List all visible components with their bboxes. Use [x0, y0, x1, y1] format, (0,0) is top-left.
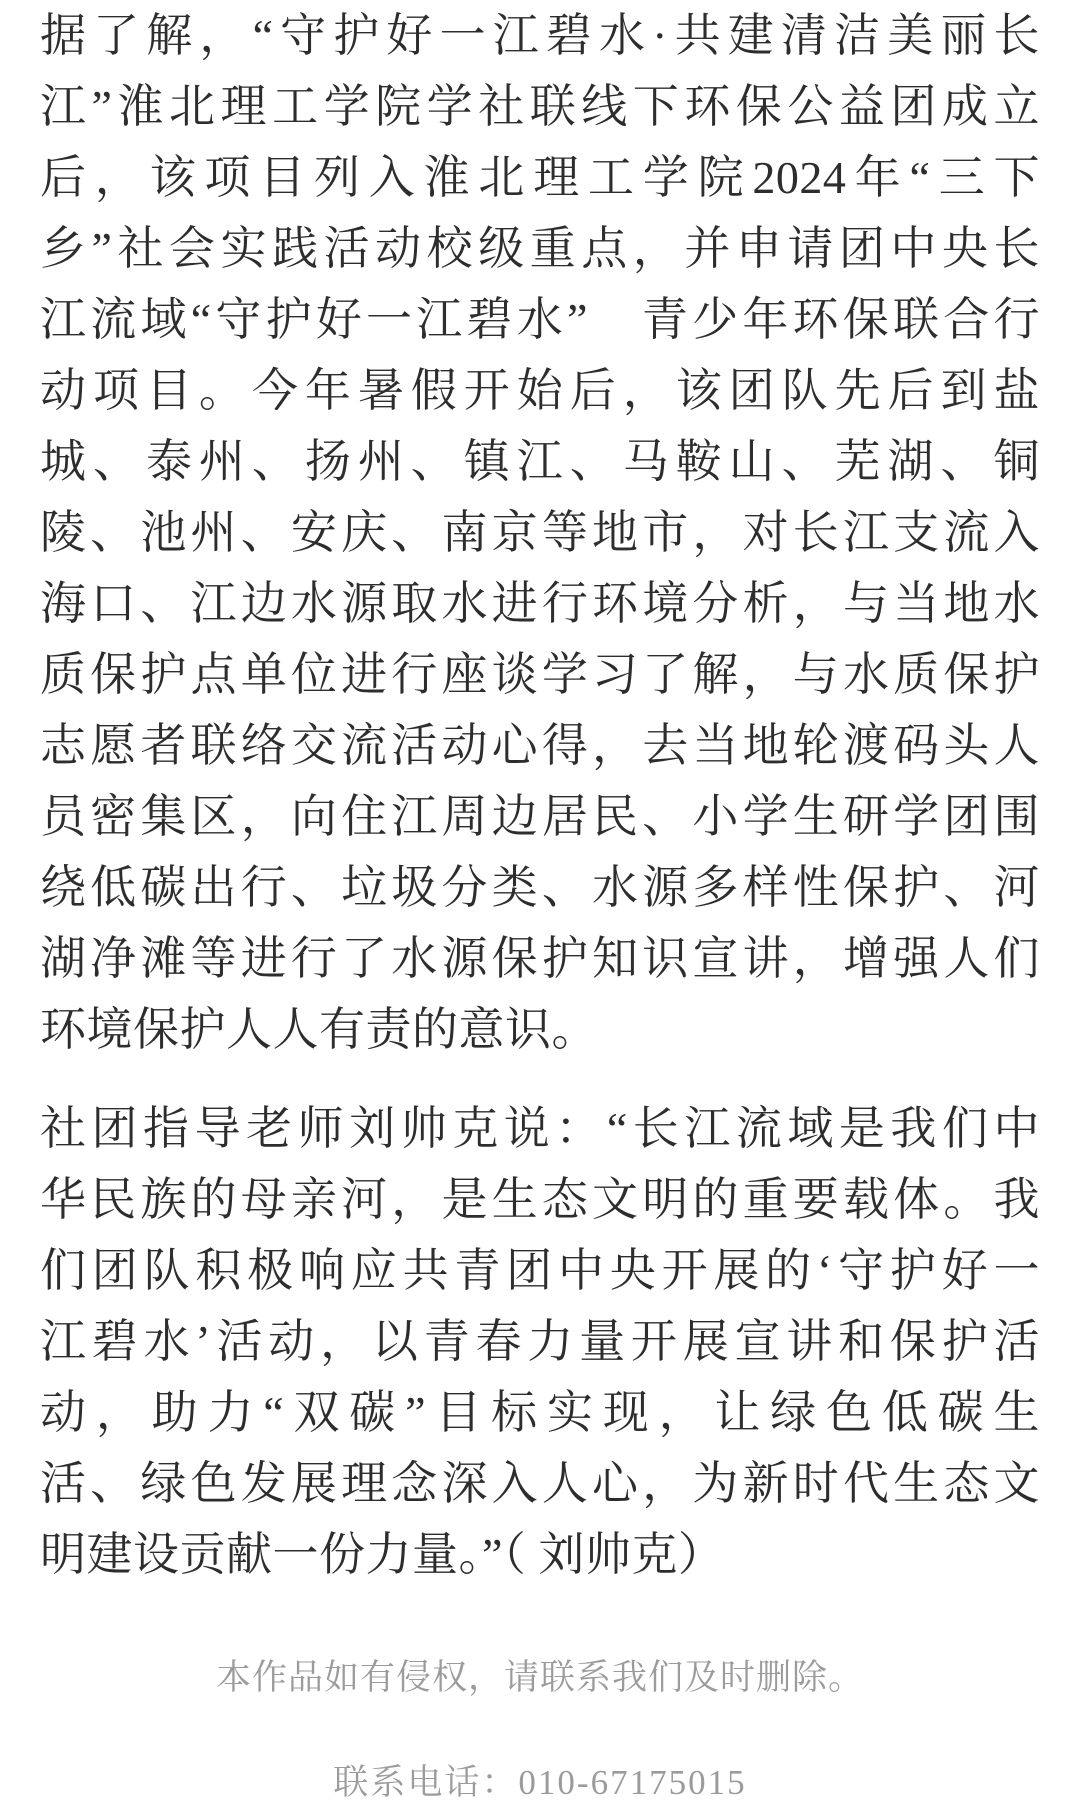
article-line: 环境保护人人有责的意识。: [40, 994, 1040, 1065]
article-line: 后，该项目列入淮北理工学院2024年“三下: [40, 142, 1040, 213]
article-line: 城、泰州、扬州、镇江、马鞍山、芜湖、铜: [40, 426, 1040, 497]
article-line: 陵、池州、安庆、南京等地市，对长江支流入: [40, 497, 1040, 568]
article-line: 动，助力“双碳”目标实现，让绿色低碳生: [40, 1377, 1040, 1448]
article-line: 海口、江边水源取水进行环境分析，与当地水: [40, 568, 1040, 639]
article-line: 江流域“守护好一江碧水” 青少年环保联合行: [40, 284, 1040, 355]
article-line: 绕低碳出行、垃圾分类、水源多样性保护、河: [40, 852, 1040, 923]
article-line: 华民族的母亲河，是生态文明的重要载体。我: [40, 1164, 1040, 1235]
article-line: 湖净滩等进行了水源保护知识宣讲，增强人们: [40, 923, 1040, 994]
article-line: 江”淮北理工学院学社联线下环保公益团成立: [40, 71, 1040, 142]
article-page: 据了解，“守护好一江碧水·共建清洁美丽长 江”淮北理工学院学社联线下环保公益团成…: [0, 0, 1080, 1806]
article-line: 据了解，“守护好一江碧水·共建清洁美丽长: [40, 0, 1040, 71]
paragraph-1: 据了解，“守护好一江碧水·共建清洁美丽长 江”淮北理工学院学社联线下环保公益团成…: [40, 0, 1040, 1065]
article-line: 江碧水’活动，以青春力量开展宣讲和保护活: [40, 1306, 1040, 1377]
article-line: 乡”社会实践活动校级重点，并申请团中央长: [40, 213, 1040, 284]
article-line: 员密集区，向住江周边居民、小学生研学团围: [40, 781, 1040, 852]
paragraph-2: 社团指导老师刘帅克说：“长江流域是我们中 华民族的母亲河，是生态文明的重要载体。…: [40, 1093, 1040, 1590]
article-line: 活、绿色发展理念深入人心，为新时代生态文: [40, 1448, 1040, 1519]
article-line: 社团指导老师刘帅克说：“长江流域是我们中: [40, 1093, 1040, 1164]
footer-disclaimer: 本作品如有侵权，请联系我们及时删除。: [40, 1652, 1040, 1704]
footer-phone: 联系电话：010-67175015: [40, 1757, 1040, 1806]
article-line: 明建设贡献一份力量。”（ 刘帅克）: [40, 1519, 1040, 1590]
article-line: 们团队积极响应共青团中央开展的‘守护好一: [40, 1235, 1040, 1306]
article-line: 动项目。今年暑假开始后，该团队先后到盐: [40, 355, 1040, 426]
article-line: 质保护点单位进行座谈学习了解，与水质保护: [40, 639, 1040, 710]
article-line: 志愿者联络交流活动心得，去当地轮渡码头人: [40, 710, 1040, 781]
